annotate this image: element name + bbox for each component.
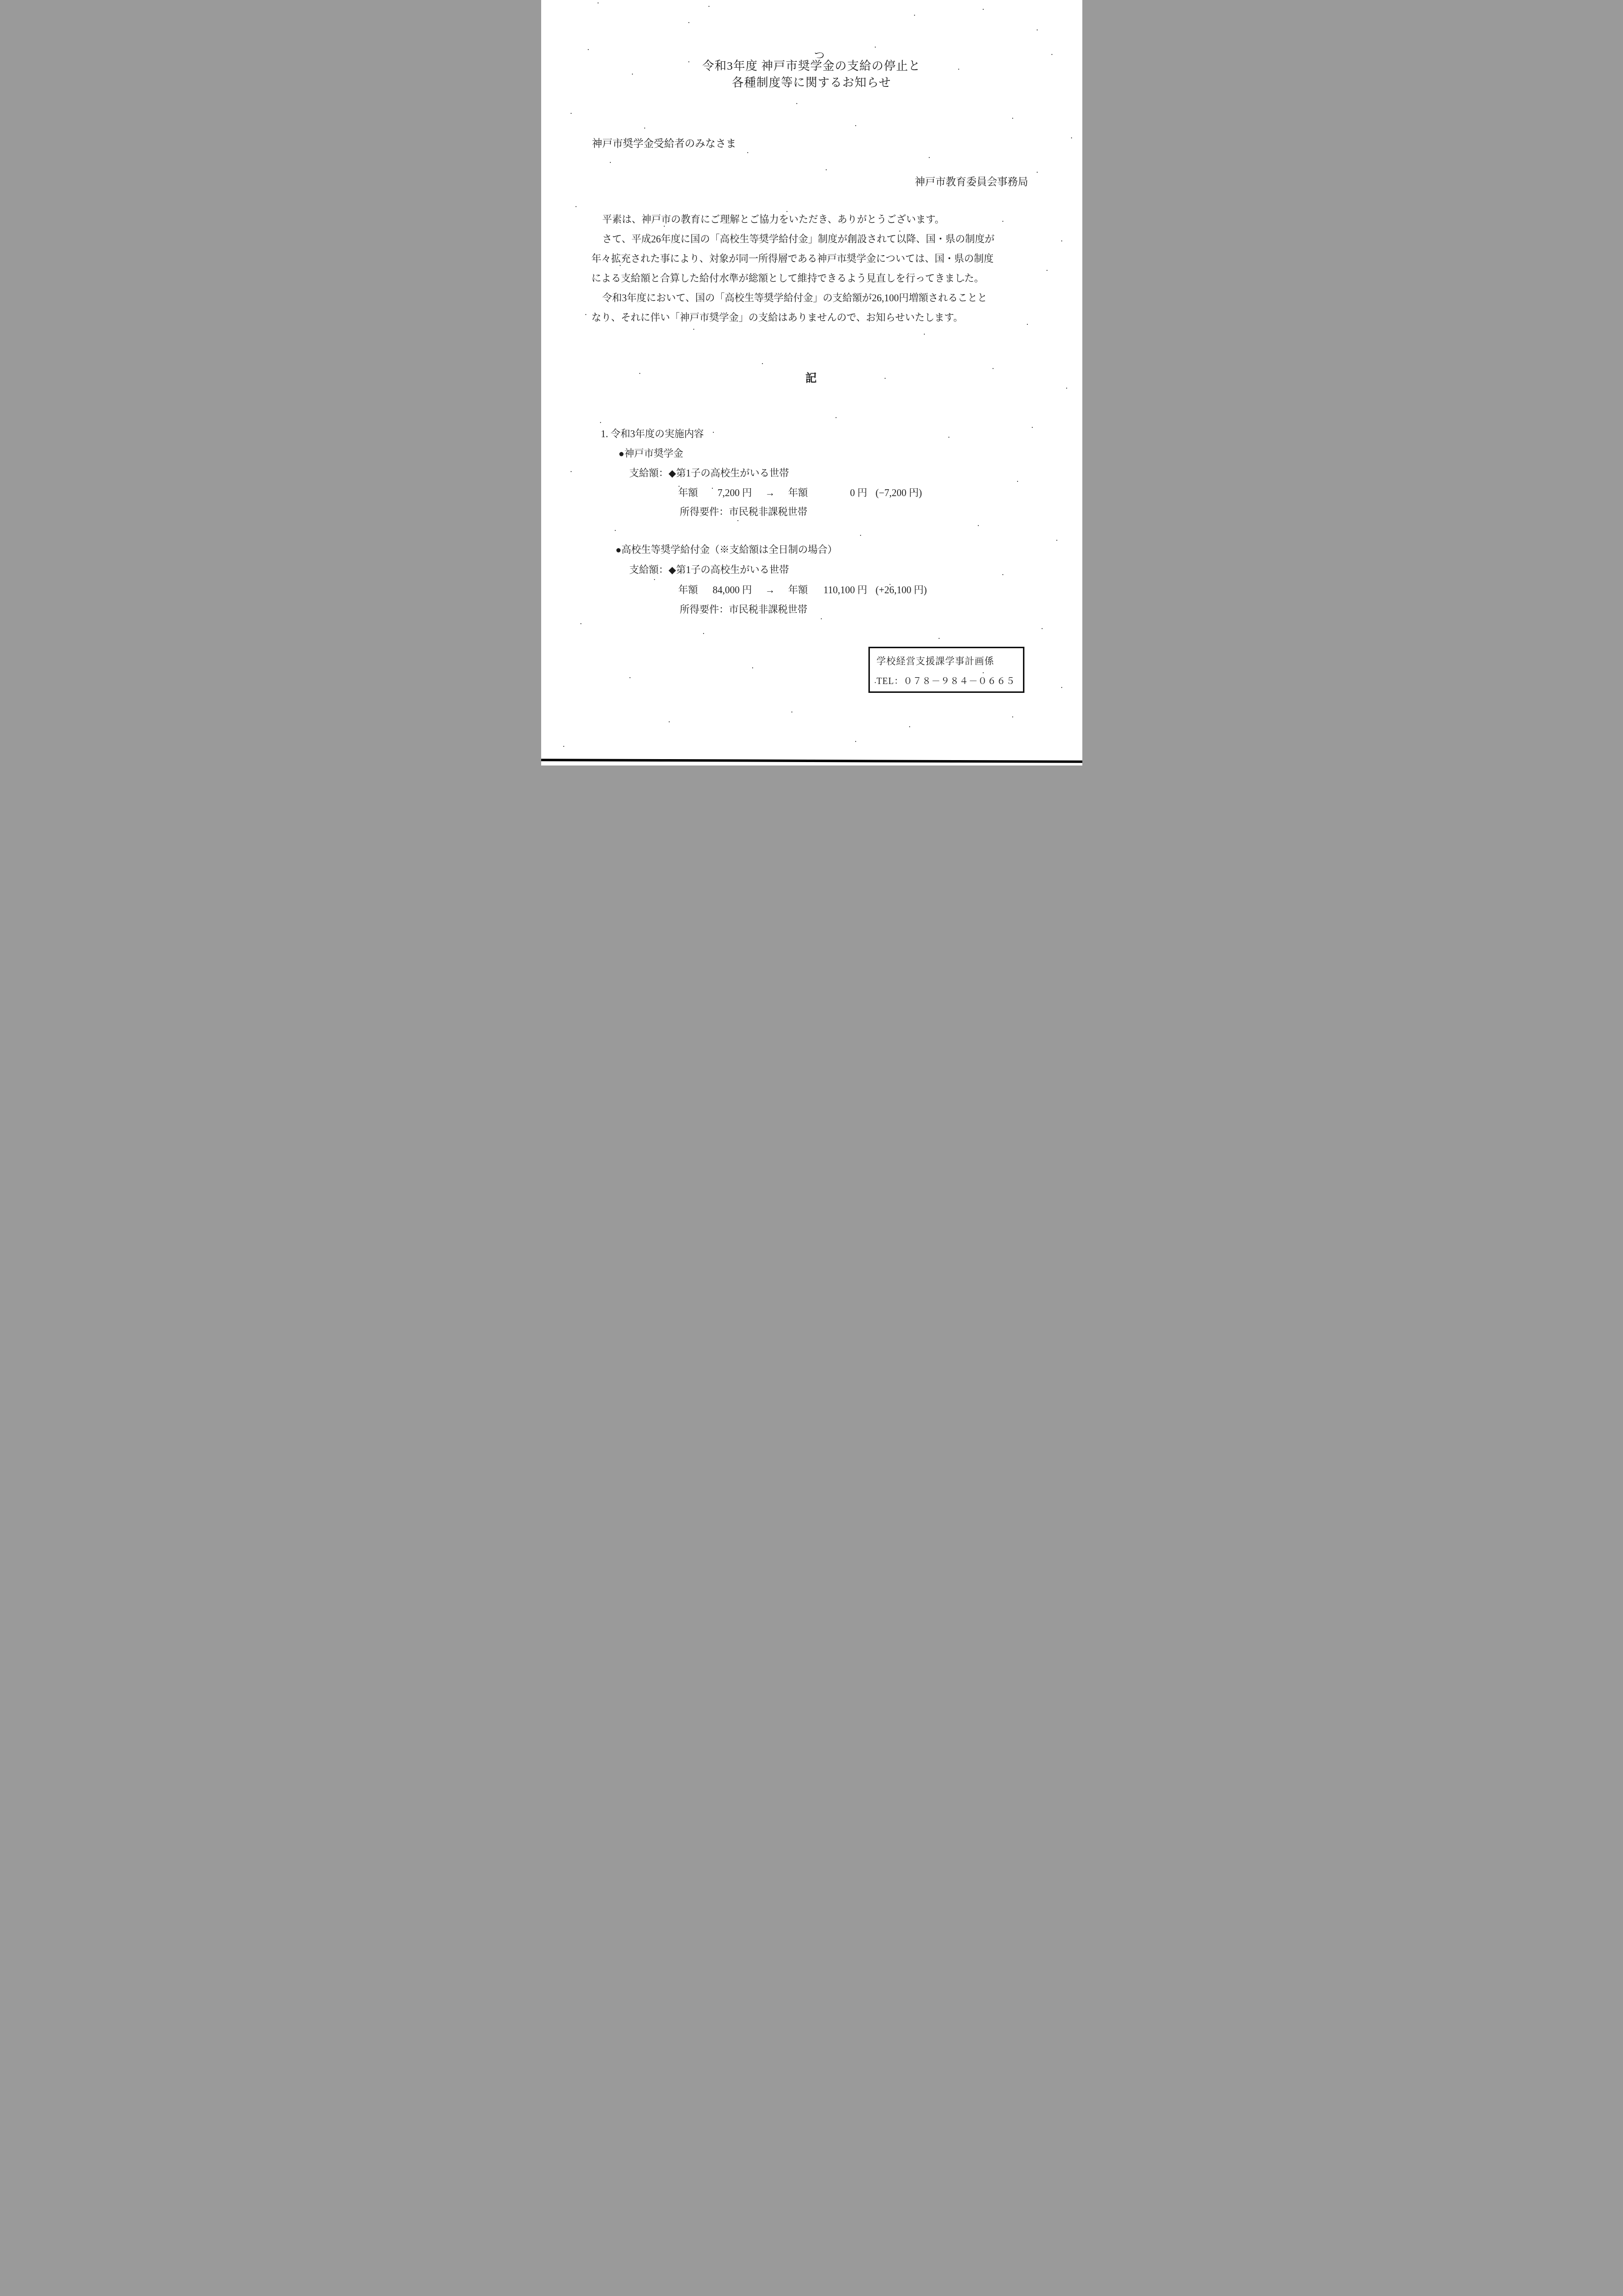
item2-amount-label-new: 年額 bbox=[788, 582, 808, 596]
addressee: 神戸市奨学金受給者のみなさま bbox=[592, 135, 736, 150]
contact-box: 学校経営支援課学事計画係 TEL：０７８－９８４－０６６５ bbox=[868, 647, 1024, 693]
item-national-grant: ●高校生等奨学給付金（※支給額は全日制の場合） bbox=[616, 542, 838, 556]
arrow-icon: → bbox=[755, 585, 786, 596]
item1-amount-new-value: 0 円 bbox=[811, 485, 867, 499]
item2-income-requirement: 所得要件：市民税非課税世帯 bbox=[680, 602, 808, 616]
contact-phone: TEL：０７８－９８４－０６６５ bbox=[877, 674, 1019, 687]
scan-edge-artifact bbox=[541, 759, 1082, 763]
document-title: 令和3年度 神戸市奨学金の支給の停止と 各種制度等に関するお知らせ bbox=[541, 58, 1082, 91]
item2-grant-label: 支給額：◆第1子の高校生がいる世帯 bbox=[629, 562, 789, 576]
item1-amount-label-old: 年額 bbox=[679, 485, 698, 499]
section-1-heading: 1. 令和3年度の実施内容 bbox=[601, 426, 704, 440]
title-line-2: 各種制度等に関するお知らせ bbox=[541, 75, 1082, 91]
body-paragraphs: 平素は、神戸市の教育にご理解とご協力をいただき、ありがとうございます。 さて、平… bbox=[592, 210, 1033, 328]
sender-organization: 神戸市教育委員会事務局 bbox=[915, 174, 1028, 188]
body-line: 令和3年度において、国の「高校生等奨学給付金」の支給額が26,100円増額される… bbox=[592, 289, 1033, 308]
item2-amount-line: 年額 84,000 円 → 年額 110,100 円 (+26,100 円) bbox=[679, 582, 927, 596]
item2-amount-diff: (+26,100 円) bbox=[876, 585, 927, 596]
item1-income-requirement: 所得要件：市民税非課税世帯 bbox=[680, 504, 808, 518]
item1-grant-label: 支給額：◆第1子の高校生がいる世帯 bbox=[629, 465, 789, 479]
item1-amount-diff: (−7,200 円) bbox=[876, 488, 922, 499]
scanned-notice-page: つ 令和3年度 神戸市奨学金の支給の停止と 各種制度等に関するお知らせ 神戸市奨… bbox=[541, 0, 1082, 765]
item2-amount-new-value: 110,100 円 bbox=[811, 582, 867, 596]
item2-amount-old-value: 84,000 円 bbox=[701, 582, 752, 596]
item-kobe-scholarship: ●神戸市奨学金 bbox=[619, 446, 683, 460]
body-line: 平素は、神戸市の教育にご理解とご協力をいただき、ありがとうございます。 bbox=[592, 210, 1033, 230]
scan-noise-dots bbox=[541, 0, 542, 1]
arrow-icon: → bbox=[755, 488, 786, 499]
item1-amount-line: 年額 7,200 円 → 年額 0 円 (−7,200 円) bbox=[679, 485, 922, 499]
item1-amount-label-new: 年額 bbox=[788, 485, 808, 499]
item1-amount-old-value: 7,200 円 bbox=[701, 485, 752, 499]
body-line: 年々拡充された事により、対象が同一所得層である神戸市奨学金については、国・県の制… bbox=[592, 249, 1033, 269]
item2-amount-label-old: 年額 bbox=[679, 582, 698, 596]
body-line: さて、平成26年度に国の「高校生等奨学給付金」制度が創設されて以降、国・県の制度… bbox=[592, 230, 1033, 249]
body-line: による支給額と合算した給付水準が総額として維持できるよう見直しを行ってきました。 bbox=[592, 269, 1033, 289]
contact-department: 学校経営支援課学事計画係 bbox=[877, 654, 1019, 667]
ki-marker: 記 bbox=[541, 369, 1082, 385]
title-line-1: 令和3年度 神戸市奨学金の支給の停止と bbox=[541, 58, 1082, 75]
body-line: なり、それに伴い「神戸市奨学金」の支給はありませんので、お知らせいたします。 bbox=[592, 308, 1033, 328]
